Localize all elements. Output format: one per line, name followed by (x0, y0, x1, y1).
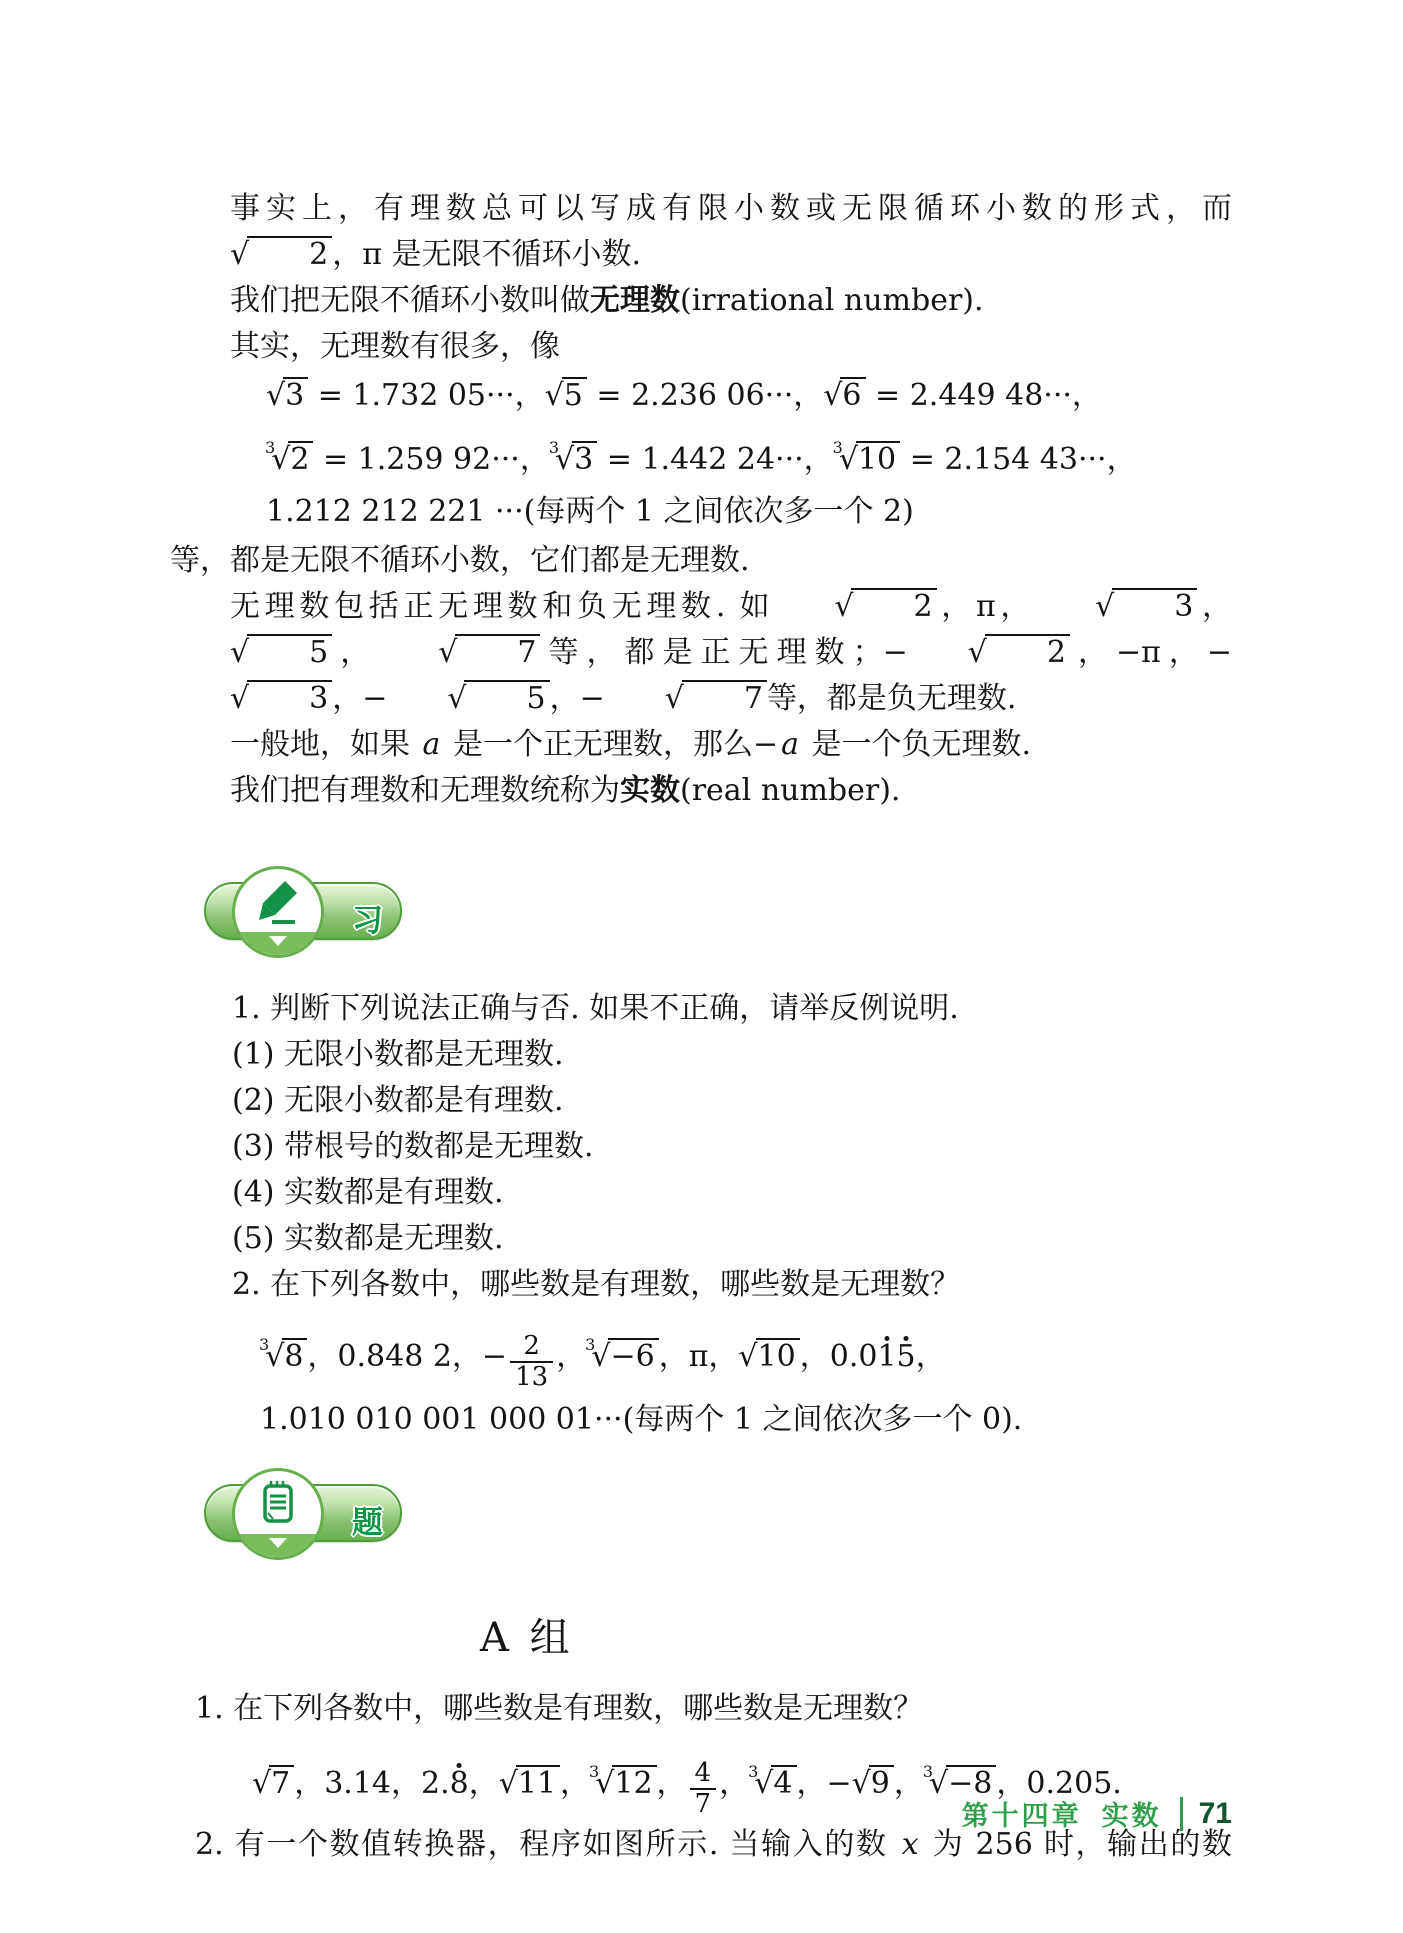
practice-question-1: 1. 判断下列说法正确与否. 如果不正确，请举反例说明. (170, 986, 1232, 1032)
group-a-heading: A 组 (480, 1606, 570, 1663)
notepad-icon (250, 1476, 306, 1532)
page-body: 事实上，有理数总可以写成有限小数或无限循环小数的形式，而√2，π 是无限不循环小… (0, 0, 1403, 1869)
page-footer: 第十四章 实数 71 (962, 1794, 1232, 1833)
practice-q1-item-5: (5) 实数都是无理数. (170, 1216, 1232, 1262)
exercises-badge-circle (232, 1468, 324, 1560)
footer-page-number: 71 (1199, 1797, 1232, 1831)
practice-question-list: 1. 判断下列说法正确与否. 如果不正确，请举反例说明. (1) 无限小数都是无… (170, 986, 1232, 1308)
nonrepeating-decimal-example: 1.212 212 221 ···(每两个 1 之间依次多一个 2) (170, 486, 1232, 538)
footer-chapter: 第十四章 (962, 1794, 1082, 1833)
practice-q1-item-2: (2) 无限小数都是有理数. (170, 1078, 1232, 1124)
badge-down-triangle (269, 936, 287, 946)
intro-paragraph-2: 我们把无限不循环小数叫做无理数(irrational number). (170, 278, 1232, 324)
textbook-page: 事实上，有理数总可以写成有限小数或无限循环小数的形式，而√2，π 是无限不循环小… (0, 0, 1403, 1933)
intro-paragraph-5: 无理数包括正无理数和负无理数. 如√2，π，√3，√5，√7等，都是正无理数；−… (170, 584, 1232, 722)
intro-paragraph-6: 一般地，如果 a 是一个正无理数，那么−a 是一个负无理数. (170, 722, 1232, 768)
pencil-icon (250, 874, 306, 930)
exercise-list: 1. 在下列各数中，哪些数是有理数，哪些数是无理数？ √7，3.14，2.8，√… (170, 1685, 1232, 1869)
practice-q2-number-list: 3√8，0.848 2，−213，3√−6，π，√10，0.015， (170, 1312, 1232, 1392)
intro-paragraph-7: 我们把有理数和无理数统称为实数(real number). (170, 768, 1232, 814)
intro-paragraph-4: 等，都是无限不循环小数，它们都是无理数. (170, 538, 1232, 584)
practice-q1-item-3: (3) 带根号的数都是无理数. (170, 1124, 1232, 1170)
practice-question-2: 2. 在下列各数中，哪些数是有理数，哪些数是无理数？ (170, 1262, 1232, 1308)
intro-paragraph-3: 其实，无理数有很多，像 (170, 324, 1232, 370)
exercise-question-1: 1. 在下列各数中，哪些数是有理数，哪些数是无理数？ (170, 1685, 1232, 1733)
practice-q1-item-4: (4) 实数都是有理数. (170, 1170, 1232, 1216)
badge-down-triangle (269, 1538, 287, 1548)
practice-q2-decimal-example: 1.010 010 001 000 01···(每两个 1 之间依次多一个 0)… (170, 1394, 1232, 1446)
sqrt-examples-line: √3 = 1.732 05···，√5 = 2.236 06···，√6 = 2… (170, 370, 1232, 422)
footer-section: 实数 (1102, 1794, 1162, 1833)
intro-paragraph-1: 事实上，有理数总可以写成有限小数或无限循环小数的形式，而√2，π 是无限不循环小… (170, 186, 1232, 278)
cbrt-examples-line: 3√2 = 1.259 92···，3√3 = 1.442 24···，3√10… (170, 422, 1232, 486)
practice-badge-circle (232, 866, 324, 958)
footer-divider (1180, 1797, 1183, 1831)
exercises-section-badge: 习 题 (204, 1468, 524, 1566)
practice-section-badge: 练 习 (204, 866, 524, 964)
practice-q1-item-1: (1) 无限小数都是无理数. (170, 1032, 1232, 1078)
